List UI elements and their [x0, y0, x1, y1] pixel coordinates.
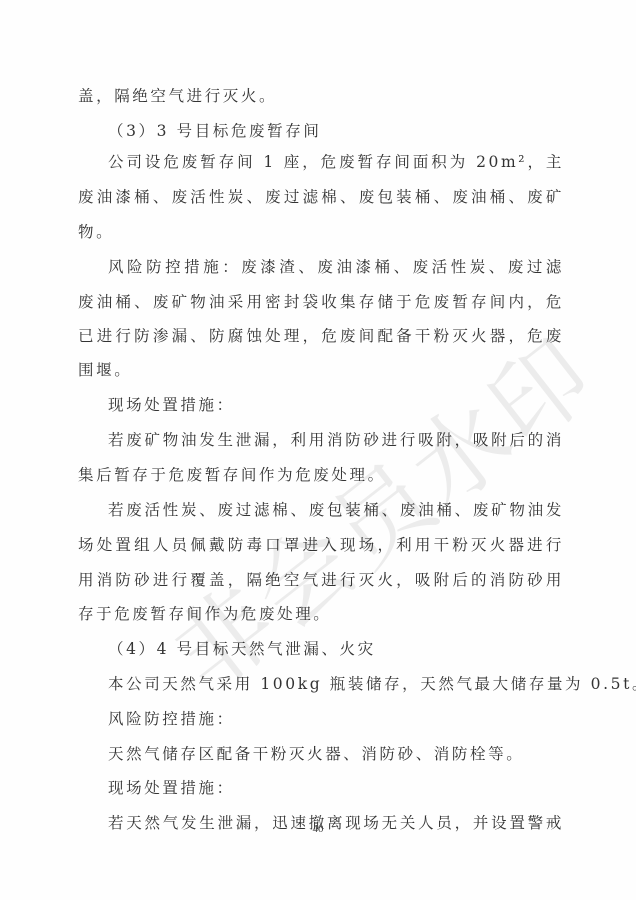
text-line: 已进行防渗漏、防腐蚀处理，危废间配备干粉灭火器，危废间门口设 0.1m	[78, 326, 564, 346]
text-line: 废油桶、废矿物油采用密封袋收集存储于危废暂存间内，危废暂存间地面	[78, 292, 564, 312]
text-line: 围堰。	[78, 360, 564, 380]
text-line: 废油漆桶、废活性炭、废过滤棉、废包装桶、废油桶、废矿物油等危险废	[78, 187, 564, 207]
text-line: 存于危废暂存间作为危废处理。	[78, 604, 564, 624]
text-line: 本公司天然气采用 100kg 瓶装储存，天然气最大储存量为 0.5t。	[108, 674, 594, 694]
text-line: 盖，隔绝空气进行灭火。	[78, 86, 564, 106]
text-line: 风险防控措施：废漆渣、废油漆桶、废活性炭、废过滤棉、废包装桶、	[108, 257, 564, 277]
text-line: 天然气储存区配备干粉灭火器、消防砂、消防栓等。	[108, 744, 594, 764]
text-line: 场处置组人员佩戴防毒口罩进入现场，利用干粉灭火器进行灭火，也可利	[78, 535, 564, 555]
section-heading-4: （4）4 号目标天然气泄漏、火灾	[108, 639, 594, 659]
text-line: 集后暂存于危废暂存间作为危废处理。	[78, 465, 564, 485]
subheading-onsite-measures: 现场处置措施：	[108, 778, 594, 798]
text-line: 用消防砂进行覆盖，隔绝空气进行灭火，吸附后的消防砂用桶收集后，暂	[78, 570, 564, 590]
page-number: 40	[0, 823, 636, 835]
text-line: 公司设危废暂存间 1 座，危废暂存间面积为 20m²，主要存放废漆渣、	[108, 152, 564, 172]
text-line: 若废矿物油发生泄漏，利用消防砂进行吸附，吸附后的消防砂用桶收	[108, 430, 564, 450]
subheading-risk-control: 风险防控措施：	[108, 709, 594, 729]
text-line: 若废活性炭、废过滤棉、废包装桶、废油桶、废矿物油发生火灾，现	[108, 500, 564, 520]
text-line: 物。	[78, 222, 564, 242]
subheading-onsite-measures: 现场处置措施：	[108, 395, 594, 415]
document-page: 非会员水印 盖，隔绝空气进行灭火。 （3）3 号目标危废暂存间 公司设危废暂存间…	[0, 0, 636, 900]
section-heading-3: （3）3 号目标危废暂存间	[108, 121, 594, 141]
